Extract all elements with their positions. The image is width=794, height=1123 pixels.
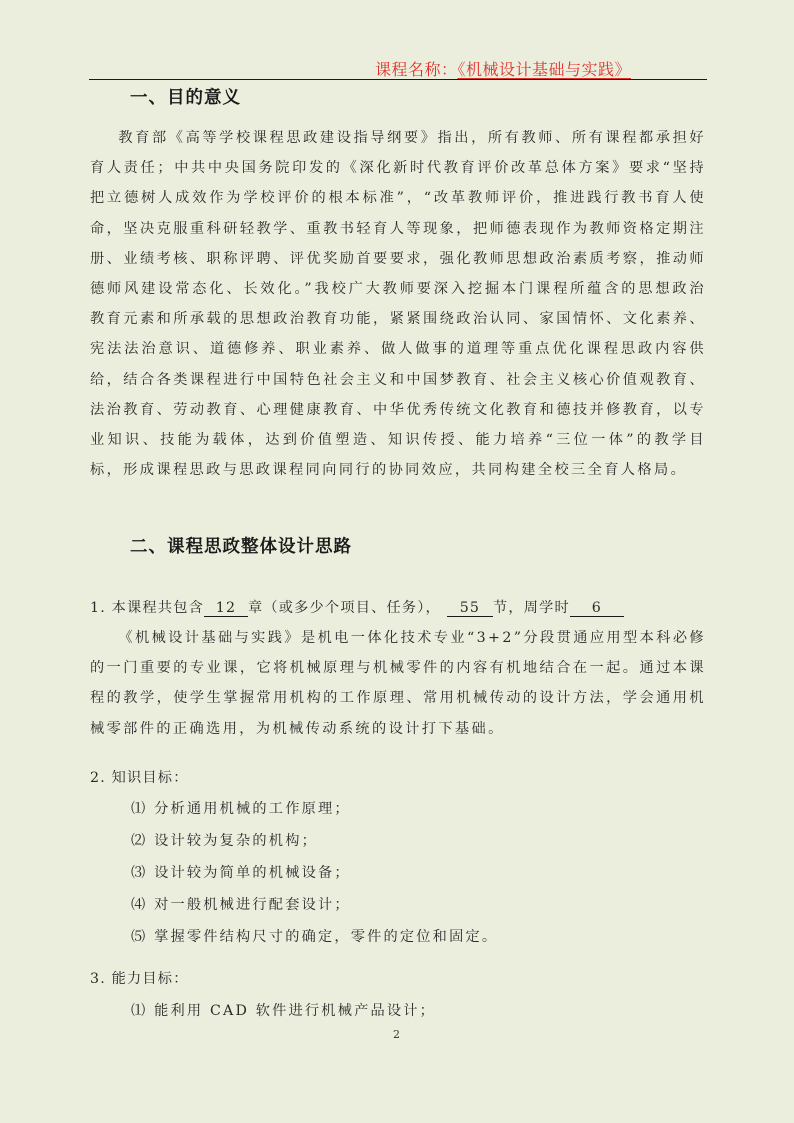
sections-suffix: 节，周学时 bbox=[493, 600, 570, 616]
course-title: 《机械设计基础与实践》 bbox=[457, 60, 631, 79]
chapters-count: 12 bbox=[204, 600, 248, 617]
course-intro-paragraph: 《机械设计基础与实践》是机电一体化技术专业“3+2”分段贯通应用型本科必修的一门… bbox=[90, 623, 706, 744]
ability-goal-item: ⑴ 能利用 CAD 软件进行机械产品设计； bbox=[131, 1000, 436, 1020]
knowledge-goal-item: ⑸ 掌握零件结构尺寸的确定，零件的定位和固定。 bbox=[131, 926, 498, 946]
knowledge-goal-item: ⑶ 设计较为简单的机械设备； bbox=[131, 862, 351, 882]
course-structure-line: 1. 本课程共包含12章（或多少个项目、任务），55节，周学时6 bbox=[90, 597, 624, 617]
course-structure-prefix: 1. 本课程共包含 bbox=[90, 600, 204, 616]
weekly-hours: 6 bbox=[570, 600, 624, 617]
section-heading-design: 二、课程思政整体设计思路 bbox=[130, 533, 352, 558]
ability-goals-title: 3. 能力目标： bbox=[90, 968, 189, 988]
knowledge-goal-item: ⑷ 对一般机械进行配套设计； bbox=[131, 894, 351, 914]
course-name-label: 课程名称： bbox=[375, 60, 458, 79]
page-number: 2 bbox=[393, 1028, 400, 1041]
course-name-header: 课程名称：《机械设计基础与实践》 bbox=[375, 57, 631, 80]
purpose-paragraph: 教育部《高等学校课程思政建设指导纲要》指出，所有教师、所有课程都承担好育人责任；… bbox=[90, 123, 706, 485]
chapters-suffix: 章（或多少个项目、任务）， bbox=[248, 600, 441, 616]
section-heading-purpose: 一、目的意义 bbox=[130, 84, 241, 109]
sections-count: 55 bbox=[447, 600, 493, 617]
knowledge-goals-title: 2. 知识目标： bbox=[90, 767, 189, 787]
page-header: 课程名称：《机械设计基础与实践》 bbox=[89, 54, 707, 80]
knowledge-goal-item: ⑵ 设计较为复杂的机构； bbox=[131, 830, 318, 850]
document-page: 课程名称：《机械设计基础与实践》 一、目的意义 教育部《高等学校课程思政建设指导… bbox=[0, 0, 794, 1123]
knowledge-goal-item: ⑴ 分析通用机械的工作原理； bbox=[131, 798, 351, 818]
